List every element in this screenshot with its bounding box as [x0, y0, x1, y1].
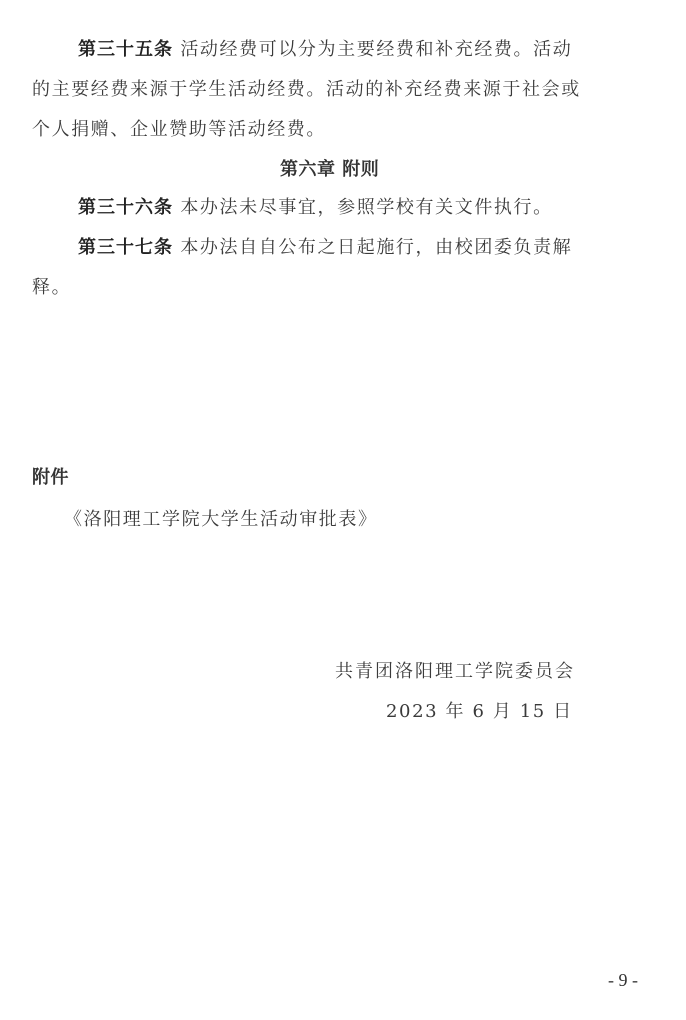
- article-36-label: 第三十六条: [78, 197, 173, 218]
- article-35-line-3: 个人捐赠、企业赞助等活动经费。: [32, 118, 326, 142]
- article-35-line-1: 第三十五条 活动经费可以分为主要经费和补充经费。活动: [78, 38, 572, 62]
- article-36: 第三十六条 本办法未尽事宜，参照学校有关文件执行。: [78, 196, 553, 220]
- attachment-heading: 附件: [32, 466, 69, 490]
- signature-organization: 共青团洛阳理工学院委员会: [335, 660, 575, 684]
- article-35-line-2: 的主要经费来源于学生活动经费。活动的补充经费来源于社会或: [32, 78, 581, 102]
- chapter-6-heading: 第六章 附则: [280, 158, 379, 182]
- article-37-text-1: 本办法自自公布之日起施行，由校团委负责解: [180, 237, 572, 258]
- attachment-item: 《洛阳理工学院大学生活动审批表》: [64, 508, 378, 532]
- article-36-text: 本办法未尽事宜，参照学校有关文件执行。: [180, 197, 552, 218]
- article-35-label: 第三十五条: [78, 39, 173, 60]
- article-37-label: 第三十七条: [78, 237, 173, 258]
- article-35-text-1: 活动经费可以分为主要经费和补充经费。活动: [180, 39, 572, 60]
- article-37-line-2: 释。: [32, 276, 71, 300]
- article-37-line-1: 第三十七条 本办法自自公布之日起施行，由校团委负责解: [78, 236, 572, 260]
- page-number: - 9 -: [608, 970, 638, 991]
- signature-date: 2023 年 6 月 15 日: [386, 700, 573, 724]
